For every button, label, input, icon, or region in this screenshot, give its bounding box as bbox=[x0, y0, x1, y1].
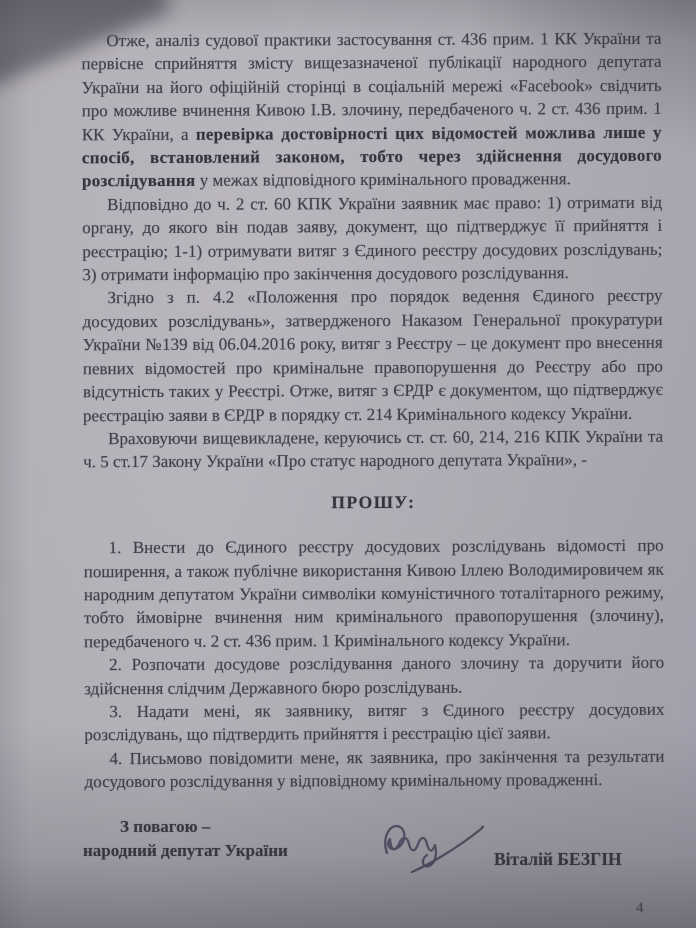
paragraph-court-practice-analysis: Отже, аналіз судової практики застосуван… bbox=[81, 27, 662, 193]
paragraph-legal-basis: Враховуючи вищевикладене, керуючись ст. … bbox=[83, 425, 663, 474]
request-item-4: 4. Письмово повідомити мене, як заявника… bbox=[84, 745, 664, 794]
page-number: 4 bbox=[636, 900, 644, 917]
document-content: Отже, аналіз судової практики застосуван… bbox=[81, 27, 664, 794]
request-item-2: 2. Розпочати досудове розслідування дано… bbox=[84, 651, 664, 700]
paragraph-registry-extract: Згідно з п. 4.2 «Положення про порядок в… bbox=[82, 284, 663, 427]
paragraph-text: Відповідно до ч. 2 ст. 60 КПК України за… bbox=[82, 193, 662, 285]
request-text: 2. Розпочати досудове розслідування дано… bbox=[84, 653, 664, 698]
request-item-1: 1. Внести до Єдиного реєстру досудових р… bbox=[84, 534, 665, 654]
signature-role: народний депутат України bbox=[83, 841, 288, 861]
paragraph-text: Враховуючи вищевикладене, керуючись ст. … bbox=[83, 427, 663, 472]
request-text: 4. Письмово повідомити мене, як заявника… bbox=[85, 747, 665, 792]
request-item-3: 3. Надати мені, як заявнику, витяг з Єди… bbox=[84, 698, 664, 747]
paragraph-text: Згідно з п. 4.2 «Положення про порядок в… bbox=[83, 286, 663, 425]
signature-icon bbox=[330, 806, 500, 896]
signatory-name: Віталій БЕЗГІН bbox=[494, 849, 622, 870]
paragraph-text: у межах відповідного кримінального прова… bbox=[195, 170, 570, 191]
signature-closing: З повагою – bbox=[120, 817, 210, 837]
paragraph-applicant-rights: Відповідно до ч. 2 ст. 60 КПК України за… bbox=[82, 191, 662, 287]
request-text: 1. Внести до Єдиного реєстру досудових р… bbox=[84, 536, 664, 651]
request-heading: ПРОШУ: bbox=[83, 489, 663, 515]
scanned-document-page: Отже, аналіз судової практики застосуван… bbox=[0, 0, 696, 928]
request-text: 3. Надати мені, як заявнику, витяг з Єди… bbox=[84, 700, 664, 745]
